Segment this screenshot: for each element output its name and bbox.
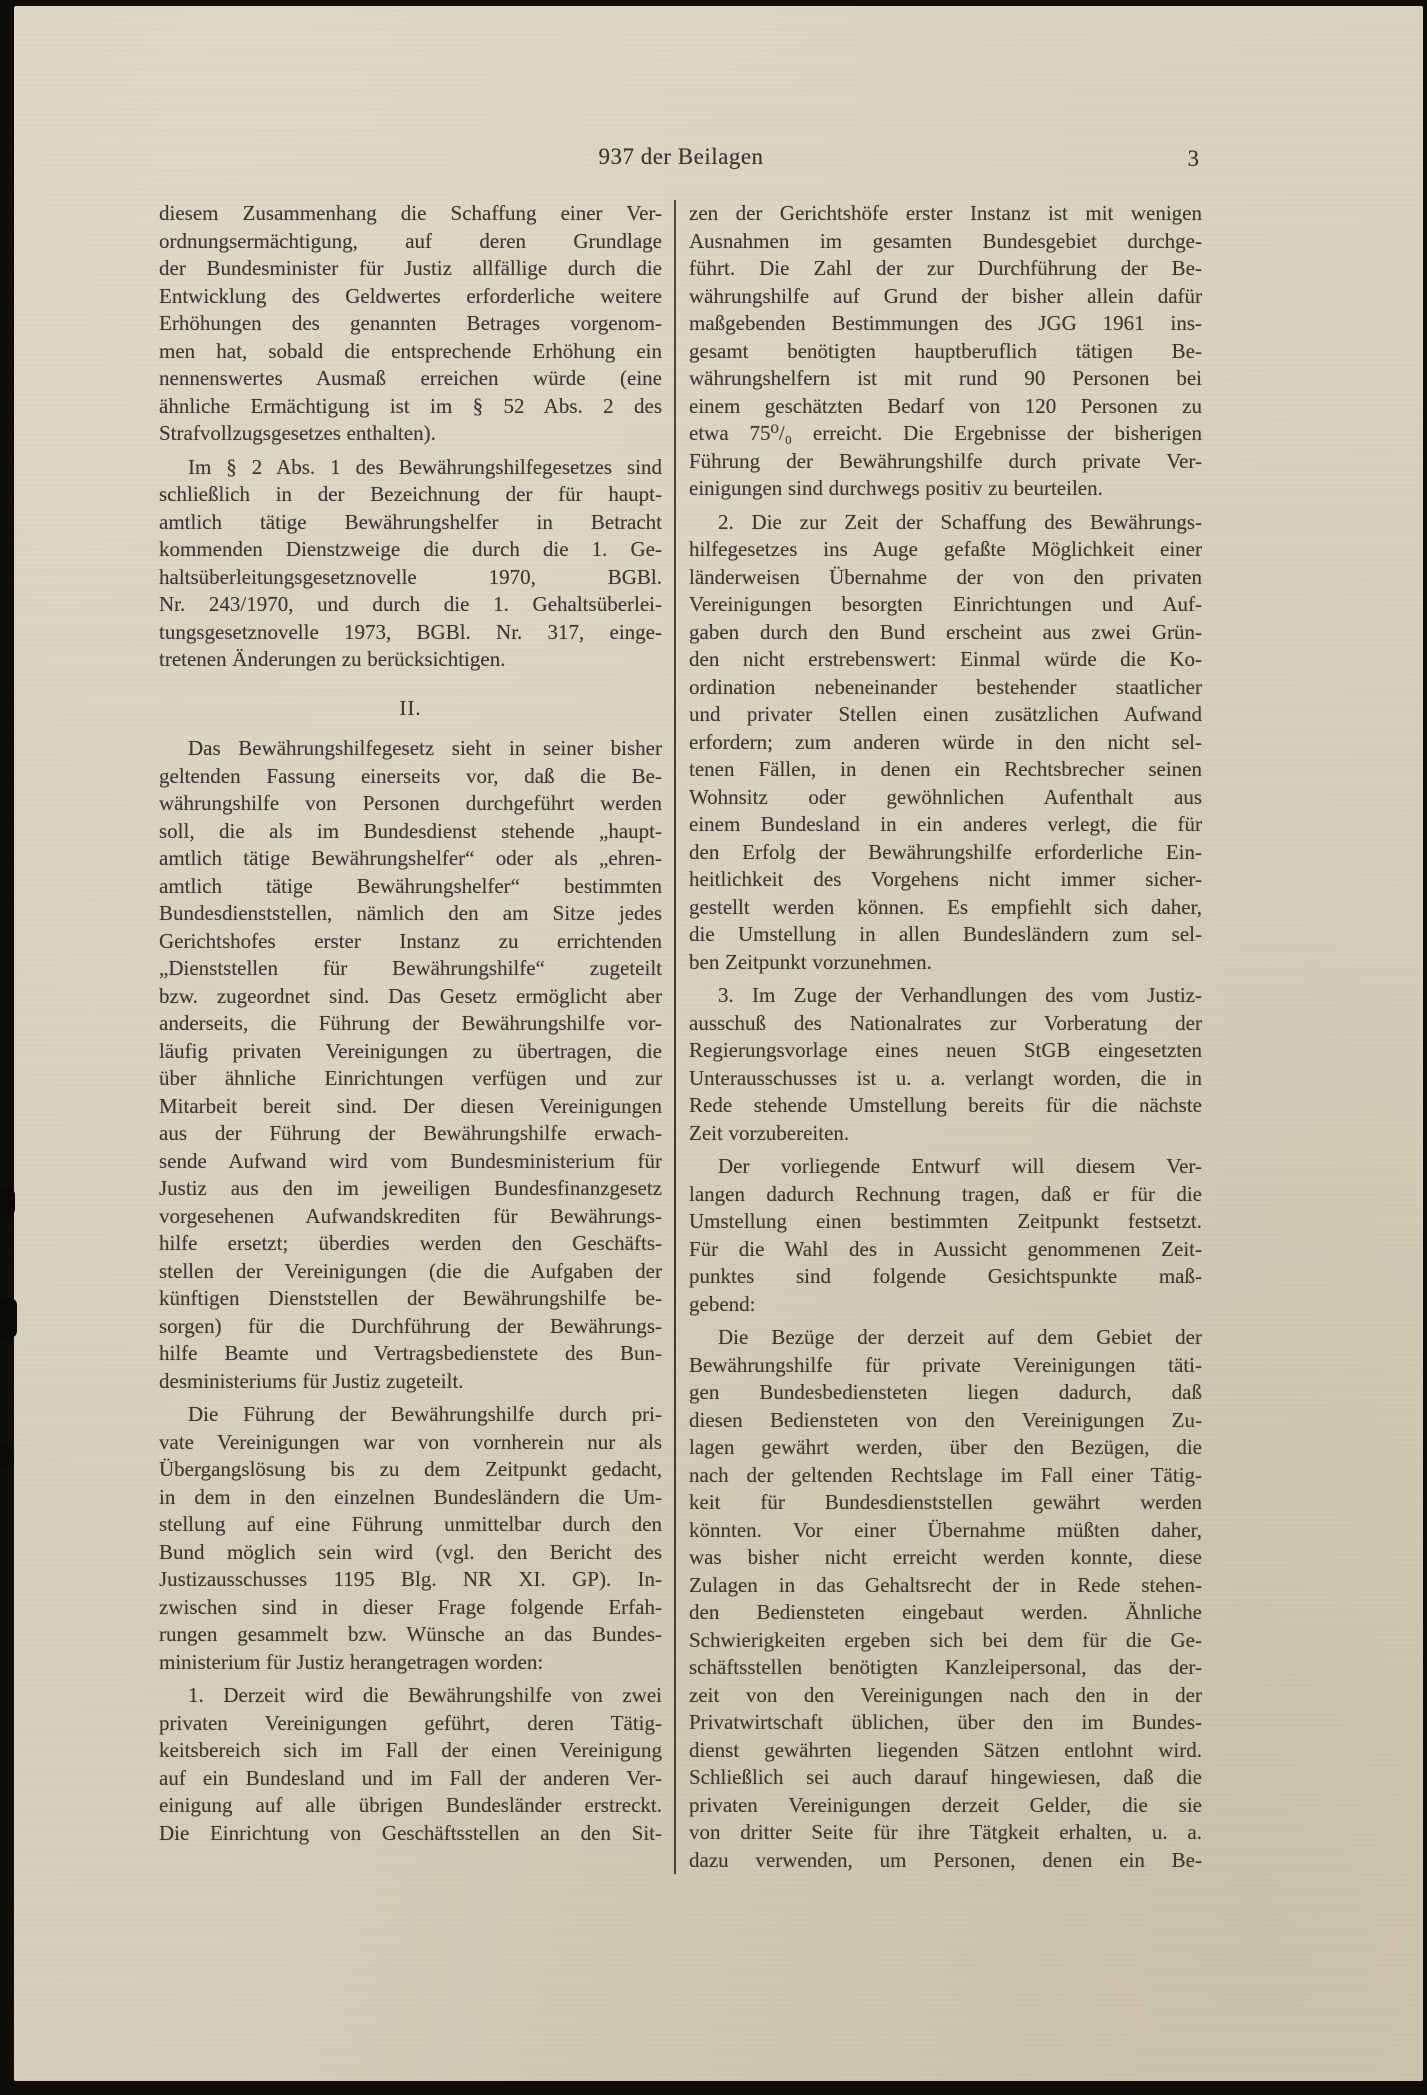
scanned-page: 937 der Beilagen 3 diesem Zusammenhang d… (14, 6, 1423, 2081)
text-line: ausschuß des Nationalrates zur Vorberatu… (689, 1010, 1202, 1038)
text-line: Für die Wahl des in Aussicht genommenen … (689, 1236, 1202, 1264)
page-content: 937 der Beilagen 3 diesem Zusammenhang d… (159, 144, 1203, 1874)
text-line: was bisher nicht erreicht werden konnte,… (689, 1544, 1202, 1572)
text-line: Die Einrichtung von Geschäftsstellen an … (159, 1820, 662, 1848)
text-line: Justizausschusses 1195 Blg. NR XI. GP). … (159, 1566, 662, 1594)
text-line: gen Bundesbediensteten liegen dadurch, d… (689, 1379, 1202, 1407)
text-line: 3. Im Zuge der Verhandlungen des vom Jus… (689, 982, 1202, 1010)
paragraph: zen der Gerichtshöfe erster Instanz ist … (689, 200, 1202, 503)
text-line: tretenen Änderungen zu berücksichtigen. (159, 646, 662, 674)
text-line: tungsgesetznovelle 1973, BGBl. Nr. 317, … (159, 619, 662, 647)
text-line: rungen gesammelt bzw. Wünsche an das Bun… (159, 1621, 662, 1649)
text-line: punktes sind folgende Gesichtspunkte maß… (689, 1263, 1202, 1291)
text-line: könnten. Vor einer Übernahme müßten dahe… (689, 1517, 1202, 1545)
text-line: dazu verwenden, um Personen, denen ein B… (689, 1847, 1202, 1875)
text-line: über ähnliche Einrichtungen verfügen und… (159, 1065, 662, 1093)
text-line: Die Führung der Bewährungshilfe durch pr… (159, 1401, 662, 1429)
text-line: länderweisen Übernahme der von den priva… (689, 564, 1202, 592)
text-line: privaten Vereinigungen derzeit Gelder, d… (689, 1792, 1202, 1820)
text-line: lagen gewährt werden, über den Bezügen, … (689, 1434, 1202, 1462)
text-line: und privater Stellen einen zusätzlichen … (689, 701, 1202, 729)
binding-mark (0, 1188, 15, 1216)
text-line: keit für Bundesdienststellen gewährt wer… (689, 1489, 1202, 1517)
text-line: Bundesdienststellen, nämlich den am Sitz… (159, 900, 662, 928)
text-line: men hat, sobald die entsprechende Erhöhu… (159, 338, 662, 366)
text-line: der Bundesminister für Justiz allfällige… (159, 255, 662, 283)
text-line: stellung auf eine Führung unmittelbar du… (159, 1511, 662, 1539)
text-line: währungshelfern ist mit rund 90 Personen… (689, 365, 1202, 393)
text-line: privaten Vereinigungen geführt, deren Tä… (159, 1710, 662, 1738)
text-line: stellen der Vereinigungen (die die Aufga… (159, 1258, 662, 1286)
text-line: einigungen sind durchwegs positiv zu beu… (689, 475, 1202, 503)
text-line: von dritter Seite für ihre Tätgkeit erha… (689, 1819, 1202, 1847)
binding-mark (0, 1298, 17, 1338)
text-line: dienst gewährten liegenden Sätzen entloh… (689, 1737, 1202, 1765)
text-line: Übergangslösung bis zu dem Zeitpunkt ged… (159, 1456, 662, 1484)
text-line: sorgen) für die Durchführung der Bewähru… (159, 1313, 662, 1341)
text-line: Strafvollzugsgesetzes enthalten). (159, 420, 662, 448)
text-line: nennenswertes Ausmaß erreichen würde (ei… (159, 365, 662, 393)
text-line: amtlich tätige Bewährungshelfer“ bestimm… (159, 873, 662, 901)
two-column-text: diesem Zusammenhang die Schaffung einer … (159, 200, 1203, 1874)
right-column: zen der Gerichtshöfe erster Instanz ist … (689, 200, 1202, 1874)
text-line: hilfe ersetzt; überdies werden den Gesch… (159, 1230, 662, 1258)
text-line: gebend: (689, 1291, 1202, 1319)
text-line: Regierungsvorlage eines neuen StGB einge… (689, 1037, 1202, 1065)
text-line: erfordern; zum anderen würde in den nich… (689, 729, 1202, 757)
text-line: Schließlich sei auch darauf hingewiesen,… (689, 1764, 1202, 1792)
paragraph: 1. Derzeit wird die Bewährungshilfe von … (159, 1682, 662, 1847)
paragraph: Der vorliegende Entwurf will diesem Ver-… (689, 1153, 1202, 1318)
text-line: ähnliche Ermächtigung ist im § 52 Abs. 2… (159, 393, 662, 421)
text-line: vorgesehenen Aufwandskrediten für Bewähr… (159, 1203, 662, 1231)
text-line: geltenden Fassung einerseits vor, daß di… (159, 763, 662, 791)
document-reference: 937 der Beilagen (159, 144, 1203, 170)
text-line: Vereinigungen besorgten Einrichtungen un… (689, 591, 1202, 619)
paragraph: Im § 2 Abs. 1 des Bewährungshilfegesetze… (159, 454, 662, 674)
text-line: Mitarbeit bereit sind. Der diesen Verein… (159, 1093, 662, 1121)
text-line: auf ein Bundesland und im Fall der ander… (159, 1765, 662, 1793)
text-line: „Dienststellen für Bewährungshilfe“ zuge… (159, 955, 662, 983)
text-line: 1. Derzeit wird die Bewährungshilfe von … (159, 1682, 662, 1710)
text-line: heitlichkeit des Vorgehens nicht immer s… (689, 866, 1202, 894)
text-line: zeit von den Vereinigungen nach den in d… (689, 1682, 1202, 1710)
text-line: läufig privaten Vereinigungen zu übertra… (159, 1038, 662, 1066)
text-line: Rede stehende Umstellung bereits für die… (689, 1092, 1202, 1120)
text-line: Nr. 243/1970, und durch die 1. Gehaltsüb… (159, 591, 662, 619)
text-line: ben Zeitpunkt vorzunehmen. (689, 949, 1202, 977)
text-line: zwischen sind in dieser Frage folgende E… (159, 1594, 662, 1622)
paragraph: Das Bewährungshilfegesetz sieht in seine… (159, 735, 662, 1395)
text-line: Justiz aus den im jeweiligen Bundesfinan… (159, 1175, 662, 1203)
text-line: ministerium für Justiz herangetragen wor… (159, 1649, 662, 1677)
text-line: diesem Zusammenhang die Schaffung einer … (159, 200, 662, 228)
text-line: Wohnsitz oder gewöhnlichen Aufenthalt au… (689, 784, 1202, 812)
text-line: den Erfolg der Bewährungshilfe erforderl… (689, 839, 1202, 867)
column-divider-rule (674, 200, 676, 1874)
text-line: gaben durch den Bund erscheint aus zwei … (689, 619, 1202, 647)
text-line: 2. Die zur Zeit der Schaffung des Bewähr… (689, 509, 1202, 537)
text-line: Bewährungshilfe für private Vereinigunge… (689, 1352, 1202, 1380)
text-line: langen dadurch Rechnung tragen, daß er f… (689, 1181, 1202, 1209)
text-line: sende Aufwand wird vom Bundesministerium… (159, 1148, 662, 1176)
section-heading: II. (159, 695, 662, 723)
text-line: einem geschätzten Bedarf von 120 Persone… (689, 393, 1202, 421)
text-line: künftigen Dienststellen der Bewährungshi… (159, 1285, 662, 1313)
page-number: 3 (1188, 146, 1200, 172)
text-line: Zulagen in das Gehaltsrecht der in Rede … (689, 1572, 1202, 1600)
text-line: haltsüberleitungsgesetznovelle 1970, BGB… (159, 564, 662, 592)
text-line: amtlich tätige Bewährungshelfer in Betra… (159, 509, 662, 537)
text-line: Ausnahmen im gesamten Bundesgebiet durch… (689, 228, 1202, 256)
text-line: vate Vereinigungen war von vornherein nu… (159, 1429, 662, 1457)
text-line: Im § 2 Abs. 1 des Bewährungshilfegesetze… (159, 454, 662, 482)
page-header: 937 der Beilagen 3 (159, 144, 1203, 174)
text-line: Zeit vorzubereiten. (689, 1120, 1202, 1148)
text-line: tenen Fällen, in denen ein Rechtsbrecher… (689, 756, 1202, 784)
text-line: keitsbereich sich im Fall der einen Vere… (159, 1737, 662, 1765)
text-line: Privatwirtschaft üblichen, über den im B… (689, 1709, 1202, 1737)
paragraph: Die Bezüge der derzeit auf dem Gebiet de… (689, 1324, 1202, 1874)
text-line: nach der geltenden Rechtslage im Fall ei… (689, 1462, 1202, 1490)
text-line: Umstellung einen bestimmten Zeitpunkt fe… (689, 1208, 1202, 1236)
text-line: etwa 75⁰/₀ erreicht. Die Ergebnisse der … (689, 420, 1202, 448)
text-line: kommenden Dienstzweige die durch die 1. … (159, 536, 662, 564)
text-line: schließlich in der Bezeichnung der für h… (159, 481, 662, 509)
text-line: den nicht erstrebenswert: Einmal würde d… (689, 646, 1202, 674)
text-line: währungshilfe auf Grund der bisher allei… (689, 283, 1202, 311)
paragraph: 3. Im Zuge der Verhandlungen des vom Jus… (689, 982, 1202, 1147)
text-line: desministeriums für Justiz zugeteilt. (159, 1368, 662, 1396)
text-line: hilfegesetzes ins Auge gefaßte Möglichke… (689, 536, 1202, 564)
text-line: II. (159, 695, 662, 723)
text-line: Bund möglich sein wird (vgl. den Bericht… (159, 1539, 662, 1567)
text-line: Erhöhungen des genannten Betrages vorgen… (159, 310, 662, 338)
text-line: währungshilfe von Personen durchgeführt … (159, 790, 662, 818)
binding-mark (0, 1446, 12, 1468)
text-line: hilfe Beamte und Vertragsbedienstete des… (159, 1340, 662, 1368)
text-line: in dem in den einzelnen Bundesländern di… (159, 1484, 662, 1512)
left-column: diesem Zusammenhang die Schaffung einer … (159, 200, 662, 1874)
text-line: anderseits, die Führung der Bewährungshi… (159, 1010, 662, 1038)
text-line: die Umstellung in allen Bundesländern zu… (689, 921, 1202, 949)
text-line: zen der Gerichtshöfe erster Instanz ist … (689, 200, 1202, 228)
text-line: amtlich tätige Bewährungshelfer“ oder al… (159, 845, 662, 873)
text-line: Gerichtshofes erster Instanz zu errichte… (159, 928, 662, 956)
text-line: Führung der Bewährungshilfe durch privat… (689, 448, 1202, 476)
text-line: diesen Bediensteten von den Vereinigunge… (689, 1407, 1202, 1435)
text-line: einigung auf alle übrigen Bundesländer e… (159, 1792, 662, 1820)
paragraph: diesem Zusammenhang die Schaffung einer … (159, 200, 662, 448)
text-line: schäftsstellen benötigten Kanzleipersona… (689, 1654, 1202, 1682)
text-line: führt. Die Zahl der zur Durchführung der… (689, 255, 1202, 283)
text-line: einem Bundesland in ein anderes verlegt,… (689, 811, 1202, 839)
text-line: Der vorliegende Entwurf will diesem Ver- (689, 1153, 1202, 1181)
text-line: Schwierigkeiten ergeben sich bei dem für… (689, 1627, 1202, 1655)
text-line: den Bediensteten eingebaut werden. Ähnli… (689, 1599, 1202, 1627)
text-line: Die Bezüge der derzeit auf dem Gebiet de… (689, 1324, 1202, 1352)
text-line: gestellt werden können. Es empfiehlt sic… (689, 894, 1202, 922)
text-line: Das Bewährungshilfegesetz sieht in seine… (159, 735, 662, 763)
text-line: Unterausschusses ist u. a. verlangt word… (689, 1065, 1202, 1093)
text-line: aus der Führung der Bewährungshilfe erwa… (159, 1120, 662, 1148)
text-line: maßgebenden Bestimmungen des JGG 1961 in… (689, 310, 1202, 338)
text-line: ordnungsermächtigung, auf deren Grundlag… (159, 228, 662, 256)
text-line: gesamt benötigten hauptberuflich tätigen… (689, 338, 1202, 366)
text-line: soll, die als im Bundesdienst stehende „… (159, 818, 662, 846)
text-line: ordination nebeneinander bestehender sta… (689, 674, 1202, 702)
paragraph: 2. Die zur Zeit der Schaffung des Bewähr… (689, 509, 1202, 977)
text-line: bzw. zugeordnet sind. Das Gesetz ermögli… (159, 983, 662, 1011)
paragraph: Die Führung der Bewährungshilfe durch pr… (159, 1401, 662, 1676)
text-line: Entwicklung des Geldwertes erforderliche… (159, 283, 662, 311)
